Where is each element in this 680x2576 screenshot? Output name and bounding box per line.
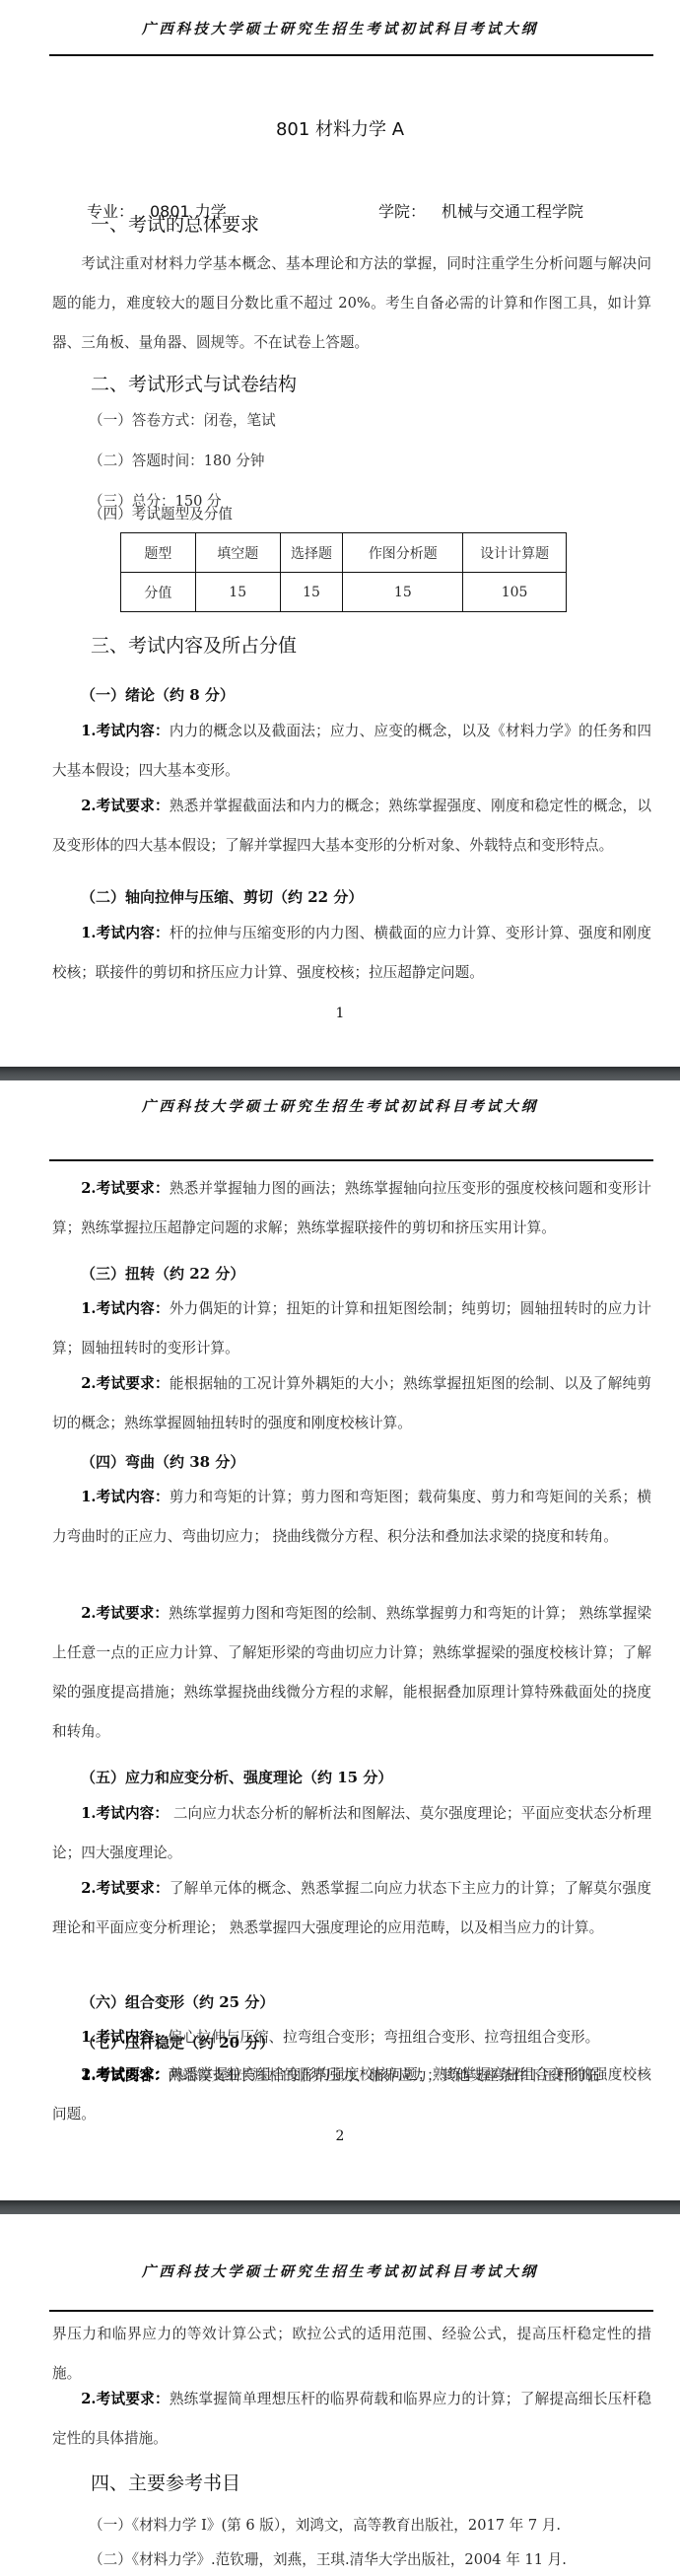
topic-7-content-start: 1.考试内容：两端铰支细长压杆的临界压力、临界应力；其他支座条件下压杆的临: [52, 2056, 651, 2096]
page-header-title: 广西科技大学硕士研究生招生考试初试科目考试大纲: [0, 2261, 680, 2281]
header-rule: [49, 2310, 653, 2312]
topic-5-requirement: 2.考试要求：了解单元体的概念、熟悉掌握二向应力状态下主应力的计算；了解莫尔强度…: [52, 1869, 651, 1948]
page-separator: [0, 2200, 680, 2214]
table-row: 分值 15 15 15 105: [121, 573, 567, 612]
page-header-title: 广西科技大学硕士研究生招生考试初试科目考试大纲: [0, 1095, 680, 1116]
table-cell: 15: [343, 573, 463, 612]
college-value: 机械与交通工程学院: [442, 199, 583, 222]
topic-4-content: 1.考试内容：剪力和弯矩的计算；剪力图和弯矩图；载荷集度、剪力和弯矩间的关系；横…: [52, 1478, 651, 1557]
topic-title-2: （二）轴向拉伸与压缩、剪切（约 22 分）: [81, 886, 363, 907]
table-cell: 填空题: [195, 533, 280, 573]
topic-2-content: 1.考试内容：杆的拉伸与压缩变形的内力图、横截面的应力计算、变形计算、强度和刚度…: [52, 914, 651, 993]
reference-item: （一）《材料力学 I》(第 6 版），刘鸿文，高等教育出版社，2017 年 7 …: [89, 2514, 561, 2535]
subject-title: 801 材料力学 A: [0, 115, 680, 141]
section-heading-2: 二、考试形式与试卷结构: [91, 370, 297, 396]
exam-format-item: （一）答卷方式：闭卷，笔试: [89, 409, 276, 430]
table-header-row: 题型 填空题 选择题 作图分析题 设计计算题: [121, 533, 567, 573]
topic-title-3: （三）扭转（约 22 分）: [81, 1263, 244, 1284]
table-cell: 设计计算题: [463, 533, 567, 573]
table-cell: 题型: [121, 533, 196, 573]
section-heading-3: 三、考试内容及所占分值: [91, 631, 297, 658]
table-cell: 作图分析题: [343, 533, 463, 573]
section-heading-4: 四、主要参考书目: [91, 2469, 240, 2495]
topic-2-requirement: 2.考试要求：熟悉并掌握轴力图的画法；熟练掌握轴向拉压变形的强度校核问题和变形计…: [52, 1169, 651, 1248]
topic-title-7: （七）压杆稳定（约 20 分）: [81, 2032, 274, 2053]
page-separator: [0, 1067, 680, 1080]
table-cell: 105: [463, 573, 567, 612]
page-header-title: 广西科技大学硕士研究生招生考试初试科目考试大纲: [0, 18, 680, 38]
topic-5-content: 1.考试内容： 二向应力状态分析的解析法和图解法、莫尔强度理论；平面应变状态分析…: [52, 1794, 651, 1873]
topic-title-6: （六）组合变形（约 25 分）: [81, 1991, 274, 2012]
topic-3-content: 1.考试内容：外力偶矩的计算；扭矩的计算和扭矩图绘制；纯剪切；圆轴扭转时的应力计…: [52, 1289, 651, 1368]
table-cell: 15: [280, 573, 343, 612]
page-number: 2: [0, 2128, 680, 2144]
topic-4-requirement: 2.考试要求：熟练掌握剪力图和弯矩图的绘制、熟练掌握剪力和弯矩的计算； 熟练掌握…: [52, 1594, 651, 1752]
topic-1-requirement: 2.考试要求：熟悉并掌握截面法和内力的概念；熟练掌握强度、刚度和稳定性的概念，以…: [52, 787, 651, 866]
topic-7-requirement: 2.考试要求：熟练掌握简单理想压杆的临界荷载和临界应力的计算；了解提高细长压杆稳…: [52, 2380, 651, 2459]
document-page-1: 广西科技大学硕士研究生招生考试初试科目考试大纲 801 材料力学 A 专业： 0…: [0, 0, 680, 1067]
college-label: 学院：: [378, 199, 426, 222]
score-table: 题型 填空题 选择题 作图分析题 设计计算题 分值 15 15 15 105: [120, 532, 567, 612]
topic-1-content: 1.考试内容：内力的概念以及截面法；应力、应变的概念，以及《材料力学》的任务和四…: [52, 712, 651, 791]
document-page-3: 广西科技大学硕士研究生招生考试初试科目考试大纲 界压力和临界应力的等效计算公式；…: [0, 2214, 680, 2576]
header-rule: [49, 54, 653, 56]
header-rule: [49, 1159, 653, 1161]
table-cell: 分值: [121, 573, 196, 612]
section-heading-1: 一、考试的总体要求: [91, 210, 259, 237]
exam-types-item: （四）考试题型及分值: [89, 503, 233, 523]
table-cell: 选择题: [280, 533, 343, 573]
exam-time-item: （二）答题时间：180 分钟: [89, 450, 264, 470]
topic-title-1: （一）绪论（约 8 分）: [81, 684, 235, 705]
topic-title-4: （四）弯曲（约 38 分）: [81, 1451, 244, 1472]
document-page-2: 广西科技大学硕士研究生招生考试初试科目考试大纲 2.考试要求：熟悉并掌握轴力图的…: [0, 1080, 680, 2200]
section-1-paragraph: 考试注重对材料力学基本概念、基本理论和方法的掌握，同时注重学生分析问题与解决问题…: [52, 244, 651, 363]
topic-3-requirement: 2.考试要求：能根据轴的工况计算外耦矩的大小；熟练掌握扭矩图的绘制、以及了解纯剪…: [52, 1364, 651, 1443]
topic-title-5: （五）应力和应变分析、强度理论（约 15 分）: [81, 1767, 392, 1787]
table-cell: 15: [195, 573, 280, 612]
reference-item: （二）《材料力学》.范钦珊，刘燕，王琪.清华大学出版社，2004 年 11 月.: [89, 2548, 567, 2569]
page-number: 1: [0, 1006, 680, 1021]
